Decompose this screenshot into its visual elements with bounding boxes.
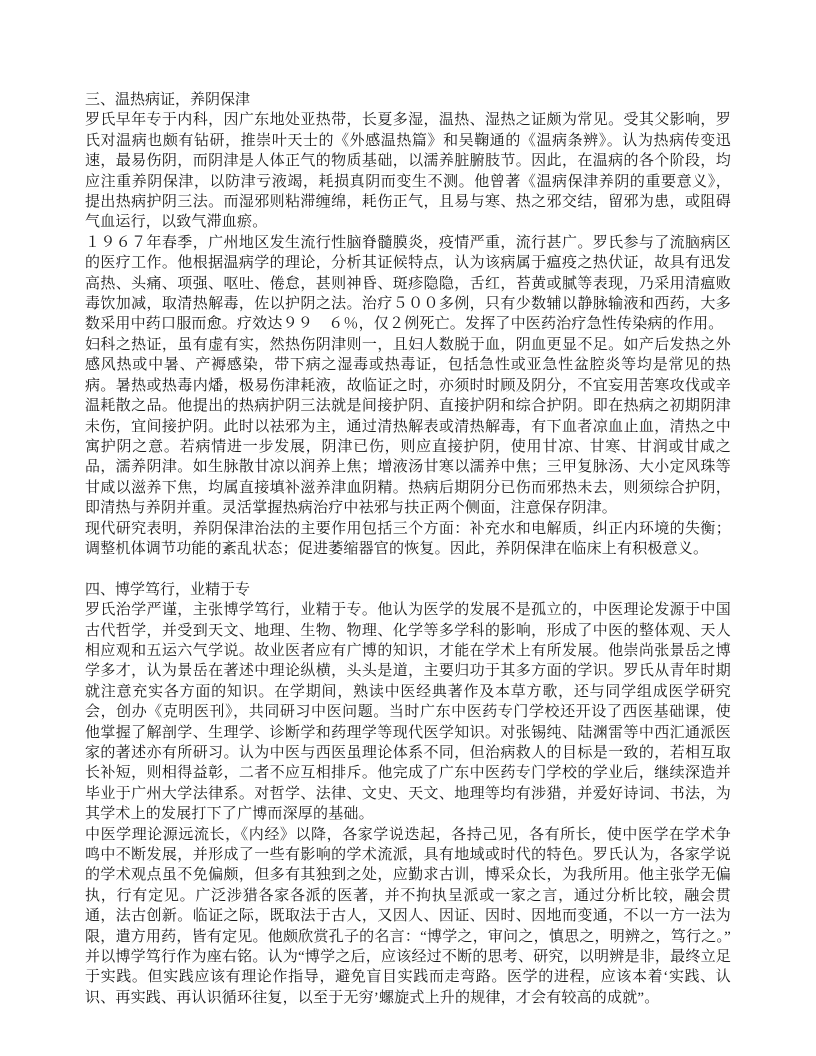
document-page: 三、温热病证，养阴保津 罗氏早年专于内科，因广东地处亚热带，长夏多湿，温热、湿热… <box>0 0 816 1056</box>
section-warm-heat-disease: 三、温热病证，养阴保津 罗氏早年专于内科，因广东地处亚热带，长夏多湿，温热、湿热… <box>85 90 731 559</box>
paragraph: 现代研究表明，养阴保津治法的主要作用包括三个方面：补充水和电解质，纠正内环境的失… <box>85 519 731 560</box>
section-heading: 三、温热病证，养阴保津 <box>85 90 731 110</box>
paragraph: 罗氏治学严谨，主张博学笃行，业精于专。他认为医学的发展不是孤立的，中医理论发源于… <box>85 600 731 824</box>
paragraph: 中医学理论源远流长，《内经》以降，各家学说迭起，各持己见，各有所长，使中医学在学… <box>85 825 731 1009</box>
paragraph: １９６７年春季，广州地区发生流行性脑脊髓膜炎，疫情严重，流行甚广。罗氏参与了流脑… <box>85 233 731 335</box>
section-broad-learning: 四、博学笃行，业精于专 罗氏治学严谨，主张博学笃行，业精于专。他认为医学的发展不… <box>85 580 731 1009</box>
paragraph: 罗氏早年专于内科，因广东地处亚热带，长夏多湿，温热、湿热之证颇为常见。受其父影响… <box>85 110 731 232</box>
section-heading: 四、博学笃行，业精于专 <box>85 580 731 600</box>
paragraph: 妇科之热证，虽有虚有实，然热伤阴津则一，且妇人数脱于血，阴血更显不足。如产后发热… <box>85 335 731 519</box>
